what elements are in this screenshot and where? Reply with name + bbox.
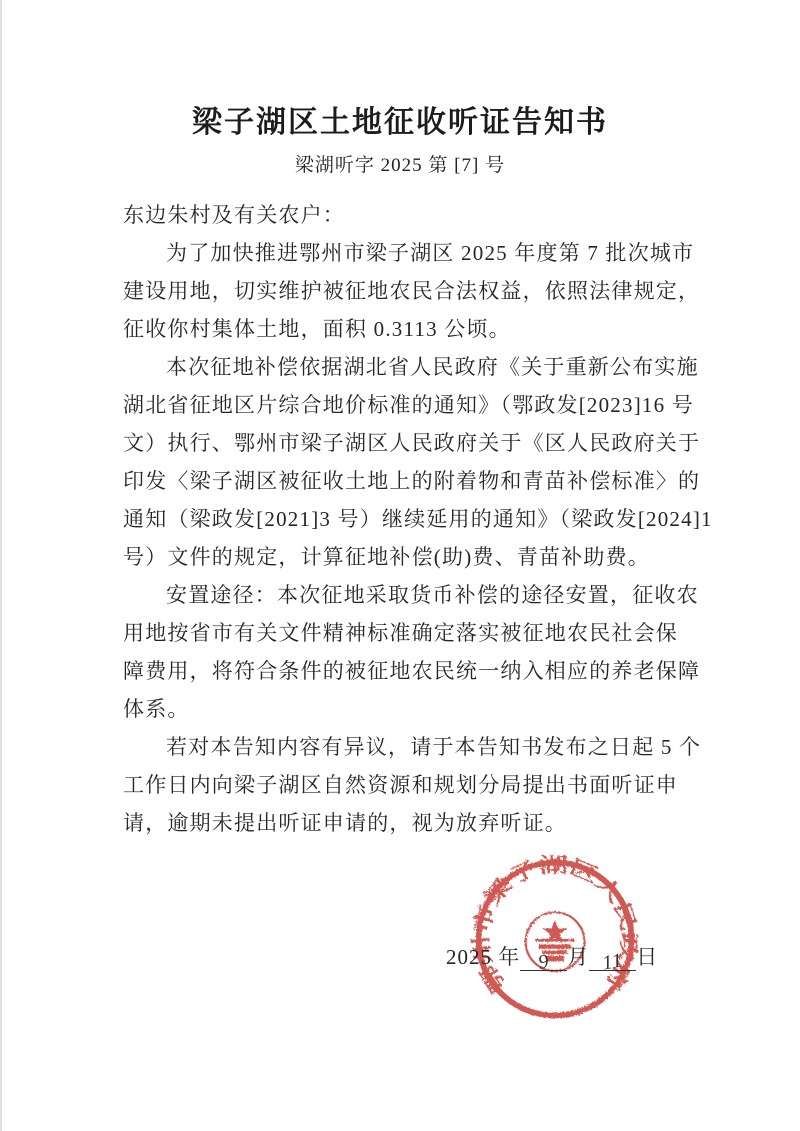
date-day-label: 日	[636, 945, 658, 969]
seal-graphic: 鄂州市梁子湖区人民政府	[469, 853, 642, 1016]
document-title: 梁子湖区土地征收听证告知书	[0, 97, 800, 141]
body-line: 征收你村集体土地，面积 0.3113 公顷。	[123, 310, 701, 348]
body-line: 用地按省市有关文件精神标准确定落实被征地农民社会保	[123, 614, 701, 652]
body-line: 号）文件的规定，计算征地补偿(助)费、青苗补助费。	[123, 538, 701, 576]
document-page: 梁子湖区土地征收听证告知书 梁湖听字 2025 第 [7] 号 东边朱村及有关农…	[0, 0, 800, 1131]
body-line: 体系。	[123, 690, 701, 728]
body-line: 为了加快推进鄂州市梁子湖区 2025 年度第 7 批次城市	[123, 234, 701, 272]
body-line: 障费用，将符合条件的被征地农民统一纳入相应的养老保障	[123, 652, 701, 690]
day-blank-underline: 11	[589, 946, 636, 971]
body-line: 工作日内向梁子湖区自然资源和规划分局提出书面听证申	[123, 766, 701, 804]
body-line: 通知（梁政发[2021]3 号）继续延用的通知》（梁政发[2024]1	[123, 500, 701, 538]
handwritten-day: 11	[601, 949, 625, 975]
document-body: 东边朱村及有关农户： 为了加快推进鄂州市梁子湖区 2025 年度第 7 批次城市…	[123, 196, 701, 842]
month-blank-underline: 9	[520, 946, 567, 971]
body-line: 印发〈梁子湖区被征收土地上的附着物和青苗补偿标准〉的	[123, 462, 701, 500]
body-line: 湖北省征地区片综合地价标准的通知》（鄂政发[2023]16 号	[123, 386, 701, 424]
body-line: 本次征地补偿依据湖北省人民政府《关于重新公布实施	[123, 348, 701, 386]
official-seal: 鄂州市梁子湖区人民政府	[466, 850, 644, 1028]
body-line: 请，逾期未提出听证申请的，视为放弃听证。	[123, 804, 701, 842]
date-year: 2025 年	[446, 945, 520, 969]
handwritten-month: 9	[537, 950, 552, 975]
date-line: 2025 年9月11日	[446, 941, 658, 971]
document-number: 梁湖听字 2025 第 [7] 号	[0, 150, 800, 177]
salutation-line: 东边朱村及有关农户：	[123, 196, 701, 234]
date-month-label: 月	[567, 945, 589, 969]
body-line: 建设用地，切实维护被征地农民合法权益，依照法律规定，	[123, 272, 701, 310]
body-line: 若对本告知内容有异议，请于本告知书发布之日起 5 个	[123, 728, 701, 766]
body-line: 安置途径：本次征地采取货币补偿的途径安置，征收农	[123, 576, 701, 614]
body-line: 文）执行、鄂州市梁子湖区人民政府关于《区人民政府关于	[123, 424, 701, 462]
